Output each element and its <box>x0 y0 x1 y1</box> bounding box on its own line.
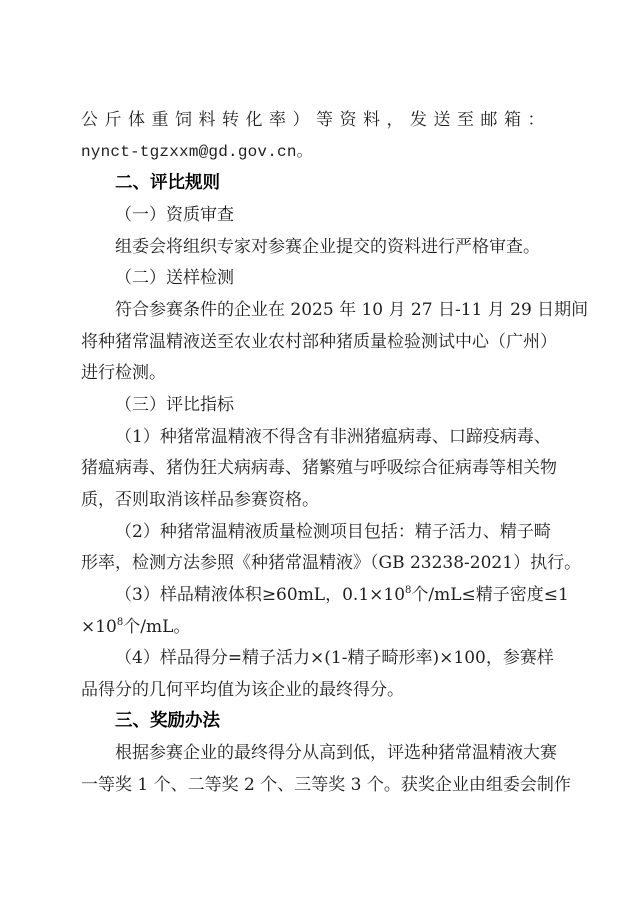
subheading-3-evaluation-metrics: （三）评比指标 <box>81 390 557 422</box>
para-qualification-review: 组委会将组织专家对参赛企业提交的资料进行严格审查。 <box>81 232 557 264</box>
metric3-unit-prefix: ×10 <box>81 617 117 637</box>
para-metric3-line1: （3）样品精液体积≥60mL，0.1×108个/mL≤精子密度≤1 <box>81 580 557 612</box>
para-metric1-line1: （1）种猪常温精液不得含有非洲猪瘟病毒、口蹄疫病毒、 <box>81 422 557 454</box>
para-sample-testing-line3: 进行检测。 <box>81 358 557 390</box>
metric3-volume-density-text: （3）样品精液体积≥60mL，0.1×10 <box>115 585 405 605</box>
para-metric1-line2: 猪瘟病毒、猪伪狂犬病病毒、猪繁殖与呼吸综合征病毒等相关物 <box>81 453 557 485</box>
subheading-2-sample-testing: （二）送样检测 <box>81 263 557 295</box>
email-address: nynct-tgzxxm@gd.gov.cn。 <box>81 137 557 169</box>
heading-section3-awards: 三、奖励办法 <box>81 706 557 738</box>
para-sample-testing-line2: 将种猪常温精液送至农业农村部种猪质量检验测试中心（广州） <box>81 327 557 359</box>
para-sample-testing-line1: 符合参赛条件的企业在 2025 年 10 月 27 日-11 月 29 日期间 <box>81 295 557 327</box>
superscript-exponent: 8 <box>117 617 123 628</box>
metric3-unit-suffix: 个/mL。 <box>123 617 190 637</box>
para-awards-line1: 根据参赛企业的最终得分从高到低，评选种猪常温精液大赛 <box>81 738 557 770</box>
document-body: 公斤体重饲料转化率）等资料，发送至邮箱： nynct-tgzxxm@gd.gov… <box>81 105 557 801</box>
document-page: 公斤体重饲料转化率）等资料，发送至邮箱： nynct-tgzxxm@gd.gov… <box>0 0 640 905</box>
para-metric3-line2: ×108个/mL。 <box>81 612 557 644</box>
para-attachment-tail-line1: 公斤体重饲料转化率）等资料，发送至邮箱： <box>81 105 557 137</box>
para-metric2-line1: （2）种猪常温精液质量检测项目包括：精子活力、精子畸 <box>81 517 557 549</box>
metric3-density-range-text: 个/mL≤精子密度≤1 <box>411 585 568 605</box>
para-awards-line2: 一等奖 1 个、二等奖 2 个、三等奖 3 个。获奖企业由组委会制作 <box>81 770 557 802</box>
para-metric2-line2: 形率，检测方法参照《种猪常温精液》（GB 23238-2021）执行。 <box>81 548 557 580</box>
subheading-1-qualification-review: （一）资质审查 <box>81 200 557 232</box>
heading-section2-rules: 二、评比规则 <box>81 168 557 200</box>
superscript-exponent: 8 <box>405 585 411 596</box>
para-metric4-line2: 品得分的几何平均值为该企业的最终得分。 <box>81 675 557 707</box>
para-metric4-line1: （4）样品得分=精子活力×(1-精子畸形率)×100，参赛样 <box>81 643 557 675</box>
para-metric1-line3: 质，否则取消该样品参赛资格。 <box>81 485 557 517</box>
